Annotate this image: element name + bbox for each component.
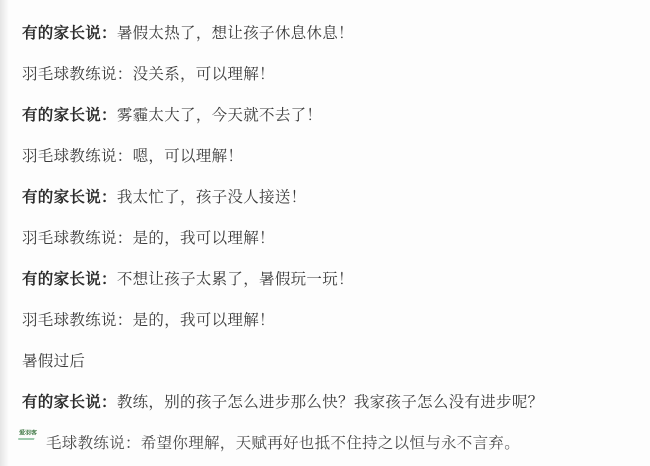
dialogue-line: 有的家长说：不想让孩子太累了，暑假玩一玩！ [22, 271, 630, 288]
dialogue-line: 暑假过后 [22, 353, 630, 370]
speaker-label: 有的家长说： [22, 25, 117, 42]
line-text: 是的，我可以理解！ [133, 312, 275, 329]
dialogue-line: 有的家长说：教练，别的孩子怎么进步那么快？我家孩子怎么没有进步呢？ [22, 394, 630, 411]
dialogue-line: 爱羽客 毛球教练说：希望你理解，天赋再好也抵不住持之以恒与永不言弃。 [22, 435, 630, 452]
speaker-label: 有的家长说： [22, 271, 117, 288]
line-text: 暑假太热了，想让孩子休息休息！ [117, 25, 354, 42]
speaker-label: 有的家长说： [22, 107, 117, 124]
dialogue-line: 羽毛球教练说：是的，我可以理解！ [22, 312, 630, 329]
line-text: 教练，别的孩子怎么进步那么快？我家孩子怎么没有进步呢？ [117, 394, 544, 411]
dialogue-line: 有的家长说：雾霾太大了，今天就不去了！ [22, 107, 630, 124]
dialogue-body: 有的家长说：暑假太热了，想让孩子休息休息！ 羽毛球教练说：没关系，可以理解！ 有… [22, 25, 630, 452]
article-page: 有的家长说：暑假太热了，想让孩子休息休息！ 羽毛球教练说：没关系，可以理解！ 有… [0, 0, 650, 466]
dialogue-line: 有的家长说：我太忙了，孩子没人接送！ [22, 189, 630, 206]
speaker-label: 羽毛球教练说： [22, 230, 133, 247]
speaker-label: 有的家长说： [22, 189, 117, 206]
line-text: 雾霾太大了，今天就不去了！ [117, 107, 322, 124]
line-text: 暑假过后 [22, 353, 85, 370]
line-text: 没关系，可以理解！ [133, 66, 275, 83]
line-text: 我太忙了，孩子没人接送！ [117, 189, 307, 206]
dialogue-line: 有的家长说：暑假太热了，想让孩子休息休息！ [22, 25, 630, 42]
speaker-label: 有的家长说： [22, 394, 117, 411]
speaker-label: 羽毛球教练说： [22, 148, 133, 165]
aiyuke-watermark: 爱羽客 [13, 429, 43, 440]
line-text: 毛球教练说：希望你理解，天赋再好也抵不住持之以恒与永不言弃。 [46, 435, 520, 452]
speaker-label: 羽毛球教练说： [22, 312, 133, 329]
page-edge-shadow [0, 0, 9, 466]
line-text: 是的，我可以理解！ [133, 230, 275, 247]
dialogue-line: 羽毛球教练说：是的，我可以理解！ [22, 230, 630, 247]
dialogue-line: 羽毛球教练说：嗯，可以理解！ [22, 148, 630, 165]
line-text: 嗯，可以理解！ [133, 148, 244, 165]
speaker-label: 羽毛球教练说： [22, 66, 133, 83]
watermark-brand-name: 爱羽客 [15, 430, 41, 436]
dialogue-line: 羽毛球教练说：没关系，可以理解！ [22, 66, 630, 83]
line-text: 不想让孩子太累了，暑假玩一玩！ [117, 271, 354, 288]
